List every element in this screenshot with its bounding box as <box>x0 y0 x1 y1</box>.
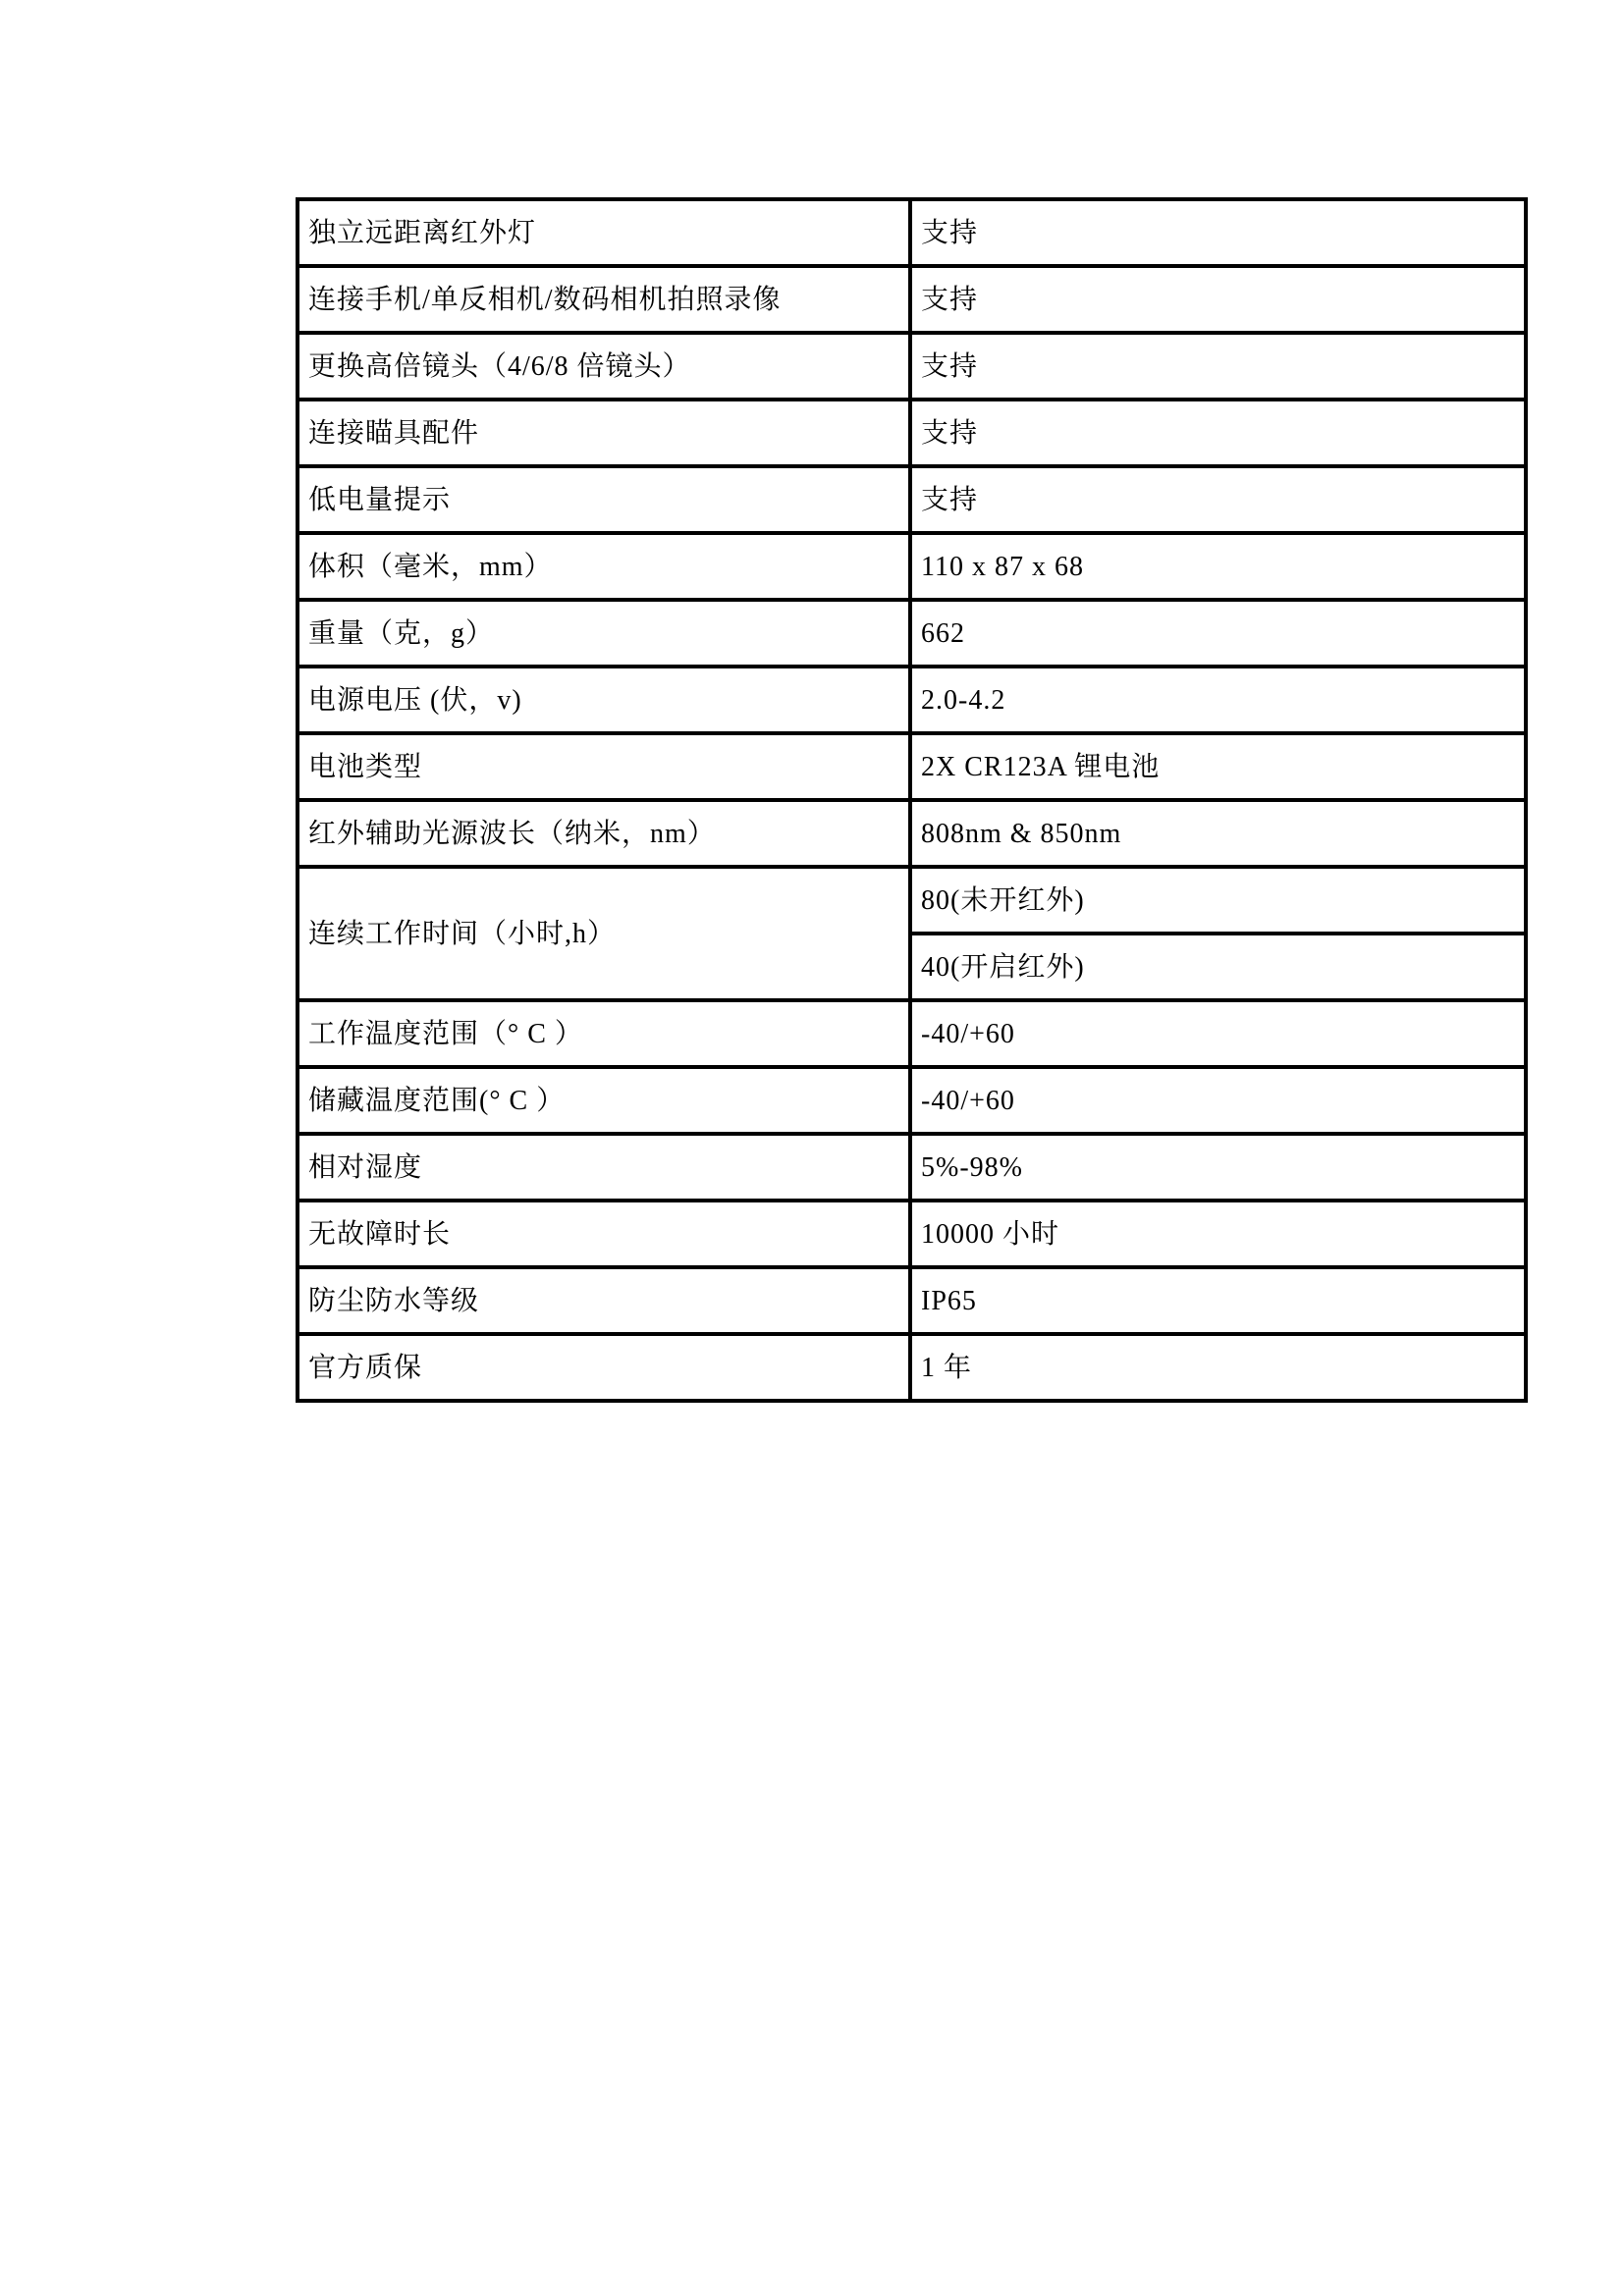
table-row: 更换高倍镜头（4/6/8 倍镜头）支持 <box>298 333 1526 400</box>
spec-label: 重量（克，g） <box>298 600 910 667</box>
spec-label: 工作温度范围（° C ） <box>298 1000 910 1067</box>
spec-label: 防尘防水等级 <box>298 1267 910 1334</box>
spec-label: 相对湿度 <box>298 1134 910 1201</box>
spec-value: -40/+60 <box>910 1067 1526 1134</box>
table-row: 连接手机/单反相机/数码相机拍照录像支持 <box>298 266 1526 333</box>
table-row: 储藏温度范围(° C ）-40/+60 <box>298 1067 1526 1134</box>
table-row: 相对湿度5%-98% <box>298 1134 1526 1201</box>
table-row: 工作温度范围（° C ）-40/+60 <box>298 1000 1526 1067</box>
spec-label: 低电量提示 <box>298 466 910 533</box>
spec-table-body: 独立远距离红外灯支持连接手机/单反相机/数码相机拍照录像支持更换高倍镜头（4/6… <box>298 199 1526 1401</box>
table-row: 体积（毫米，mm）110 x 87 x 68 <box>298 533 1526 600</box>
spec-label: 无故障时长 <box>298 1201 910 1267</box>
table-row: 防尘防水等级IP65 <box>298 1267 1526 1334</box>
spec-value: 662 <box>910 600 1526 667</box>
spec-value: 支持 <box>910 199 1526 266</box>
spec-label: 连接手机/单反相机/数码相机拍照录像 <box>298 266 910 333</box>
spec-value: 808nm & 850nm <box>910 800 1526 867</box>
spec-value: 1 年 <box>910 1334 1526 1401</box>
spec-label: 储藏温度范围(° C ） <box>298 1067 910 1134</box>
spec-value: IP65 <box>910 1267 1526 1334</box>
table-row: 红外辅助光源波长（纳米，nm）808nm & 850nm <box>298 800 1526 867</box>
spec-value: 110 x 87 x 68 <box>910 533 1526 600</box>
spec-label: 独立远距离红外灯 <box>298 199 910 266</box>
spec-label: 更换高倍镜头（4/6/8 倍镜头） <box>298 333 910 400</box>
spec-value: 40(开启红外) <box>910 934 1526 1000</box>
spec-label: 官方质保 <box>298 1334 910 1401</box>
table-row: 无故障时长10000 小时 <box>298 1201 1526 1267</box>
table-row: 官方质保1 年 <box>298 1334 1526 1401</box>
document-page: 独立远距离红外灯支持连接手机/单反相机/数码相机拍照录像支持更换高倍镜头（4/6… <box>0 0 1624 2296</box>
table-row: 重量（克，g）662 <box>298 600 1526 667</box>
spec-value: 支持 <box>910 333 1526 400</box>
table-row: 低电量提示支持 <box>298 466 1526 533</box>
spec-label: 连接瞄具配件 <box>298 400 910 466</box>
table-row: 电池类型2X CR123A 锂电池 <box>298 733 1526 800</box>
table-row: 连续工作时间（小时,h）80(未开红外) <box>298 867 1526 934</box>
spec-label: 红外辅助光源波长（纳米，nm） <box>298 800 910 867</box>
spec-value: 2.0-4.2 <box>910 667 1526 733</box>
spec-label: 电源电压 (伏，v) <box>298 667 910 733</box>
table-row: 连接瞄具配件支持 <box>298 400 1526 466</box>
table-row: 电源电压 (伏，v)2.0-4.2 <box>298 667 1526 733</box>
spec-value: 2X CR123A 锂电池 <box>910 733 1526 800</box>
table-row: 独立远距离红外灯支持 <box>298 199 1526 266</box>
spec-value: 支持 <box>910 466 1526 533</box>
spec-value: 支持 <box>910 400 1526 466</box>
spec-value: 支持 <box>910 266 1526 333</box>
spec-label: 体积（毫米，mm） <box>298 533 910 600</box>
spec-value: 5%-98% <box>910 1134 1526 1201</box>
spec-value: 10000 小时 <box>910 1201 1526 1267</box>
spec-value: -40/+60 <box>910 1000 1526 1067</box>
spec-table: 独立远距离红外灯支持连接手机/单反相机/数码相机拍照录像支持更换高倍镜头（4/6… <box>296 197 1528 1403</box>
spec-label: 电池类型 <box>298 733 910 800</box>
spec-label: 连续工作时间（小时,h） <box>298 867 910 1000</box>
spec-value: 80(未开红外) <box>910 867 1526 934</box>
